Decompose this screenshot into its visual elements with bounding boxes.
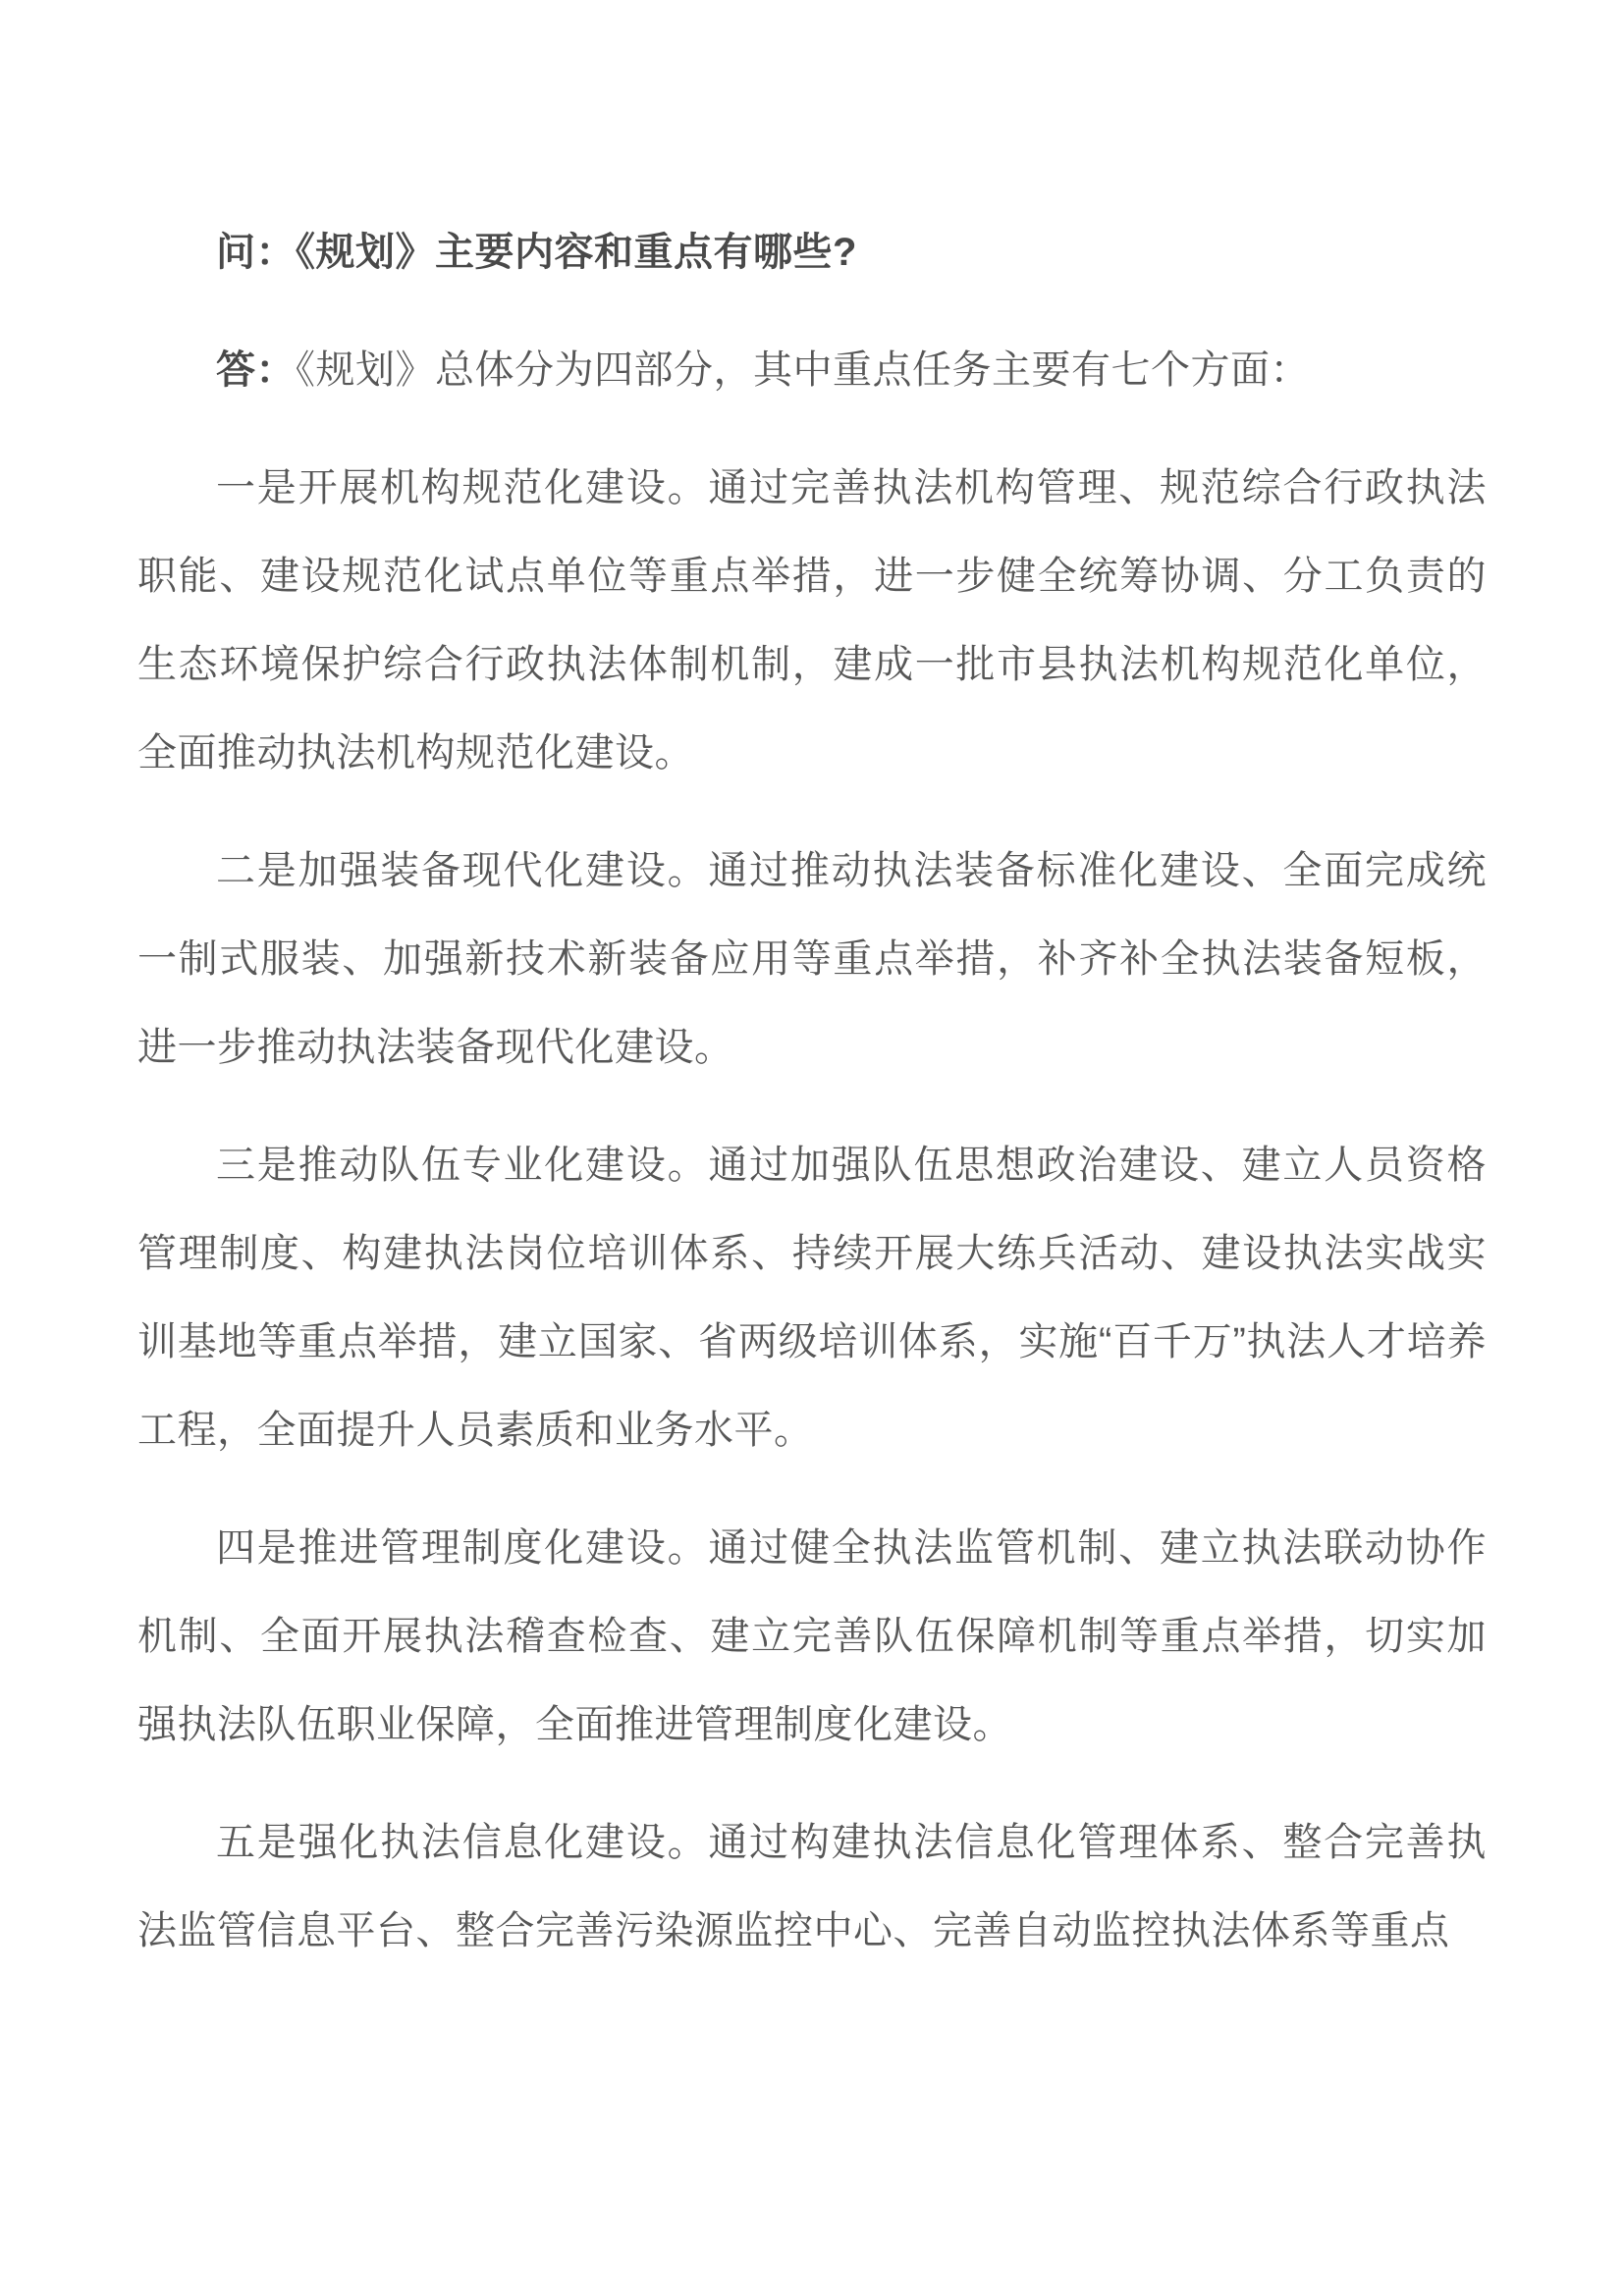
paragraph-item-3: 三是推动队伍专业化建设。通过加强队伍思想政治建设、建立人员资格管理制度、构建执法…	[137, 1121, 1487, 1474]
question-line: 问：《规划》主要内容和重点有哪些?	[137, 208, 1487, 296]
document-body: 问：《规划》主要内容和重点有哪些? 答：《规划》总体分为四部分，其中重点任务主要…	[137, 208, 1487, 1975]
paragraph-item-4: 四是推进管理制度化建设。通过健全执法监管机制、建立执法联动协作机制、全面开展执法…	[137, 1504, 1487, 1769]
document-page: 问：《规划》主要内容和重点有哪些? 答：《规划》总体分为四部分，其中重点任务主要…	[0, 0, 1624, 2296]
question-text: 《规划》主要内容和重点有哪些?	[296, 231, 857, 274]
answer-line: 答：《规划》总体分为四部分，其中重点任务主要有七个方面：	[137, 326, 1487, 414]
answer-text: 《规划》总体分为四部分，其中重点任务主要有七个方面：	[296, 348, 1310, 392]
answer-label: 答：	[216, 348, 296, 392]
paragraph-item-5: 五是强化执法信息化建设。通过构建执法信息化管理体系、整合完善执法监管信息平台、整…	[137, 1798, 1487, 1975]
question-label: 问：	[216, 231, 296, 274]
paragraph-item-2: 二是加强装备现代化建设。通过推动执法装备标准化建设、全面完成统一制式服装、加强新…	[137, 827, 1487, 1092]
paragraph-item-1: 一是开展机构规范化建设。通过完善执法机构管理、规范综合行政执法职能、建设规范化试…	[137, 444, 1487, 797]
